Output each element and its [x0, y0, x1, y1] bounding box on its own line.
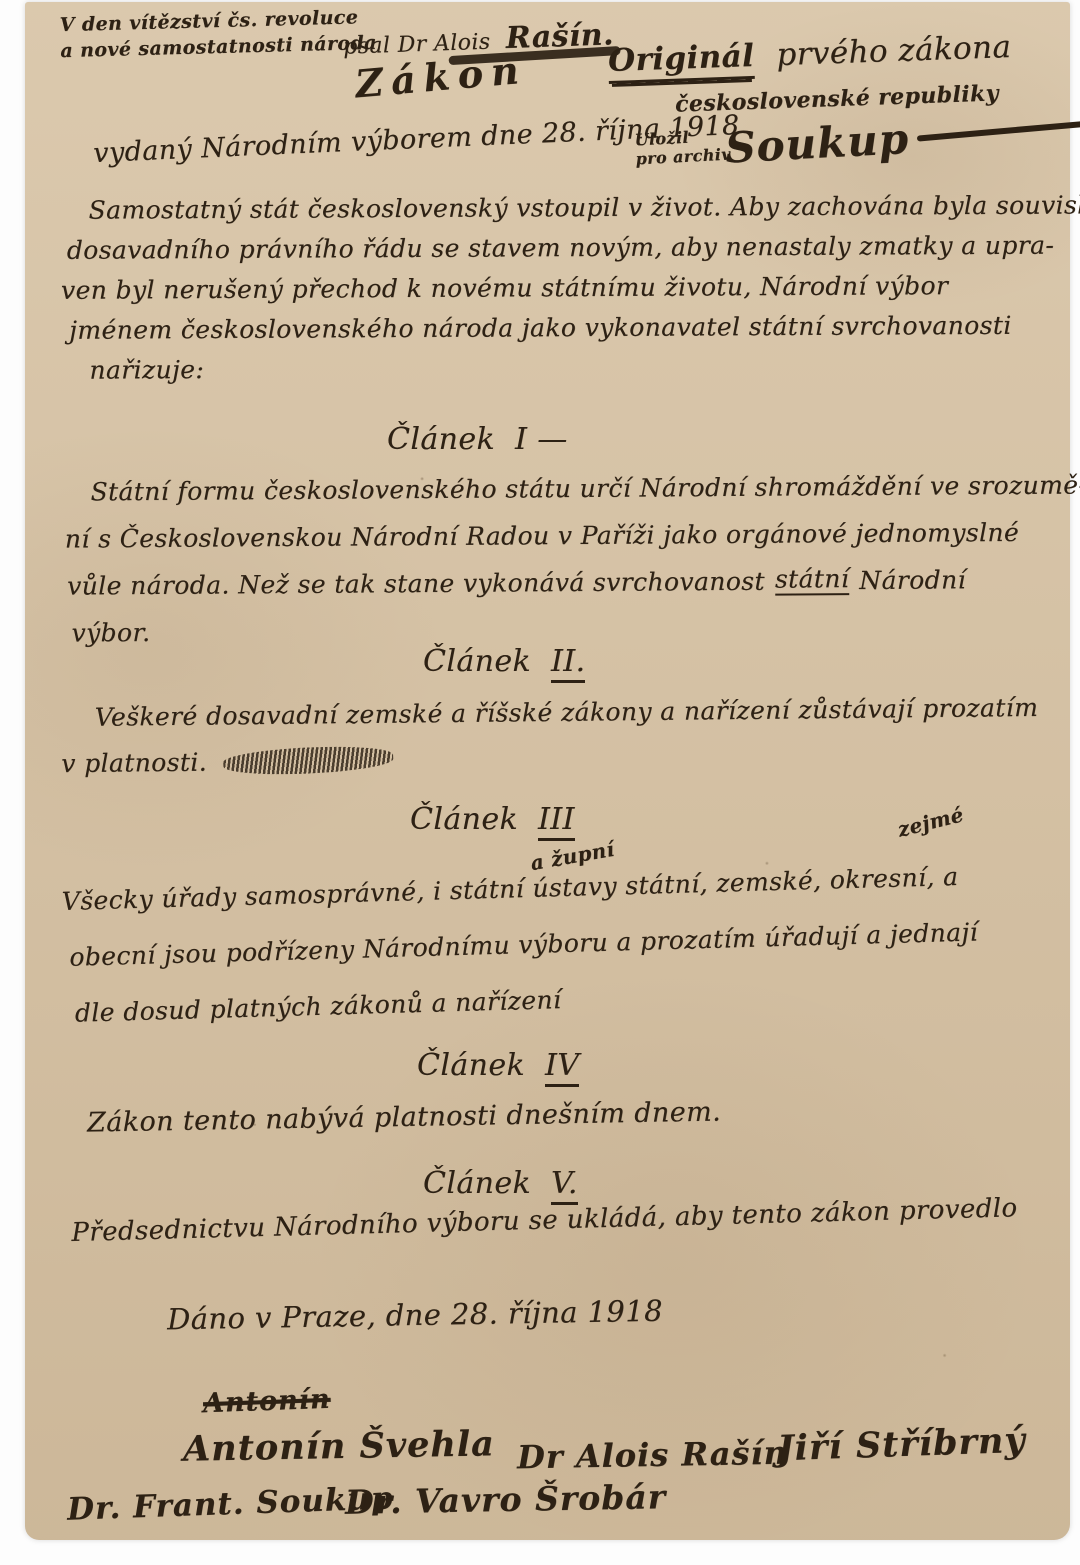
- preamble-line: dosavadního právního řádu se stavem nový…: [67, 225, 1080, 271]
- preamble-line: ven byl nerušený přechod k novému státní…: [61, 265, 1080, 311]
- signature-svehla: Antonín Švehla: [183, 1423, 495, 1469]
- article-2-heading: Článek II.: [423, 644, 585, 679]
- original-note: Originál prvého zákona: [607, 29, 1011, 79]
- article-line-part: Národní: [859, 565, 966, 595]
- article-heading-word: Článek: [423, 644, 531, 679]
- original-rest: prvého zákona: [776, 29, 1012, 73]
- signature-crossed-out: Antonín: [202, 1384, 331, 1419]
- signature-rasin: Dr Alois Rašín: [517, 1434, 789, 1477]
- article-line: v platnosti.: [61, 731, 1039, 787]
- article-4-heading: Článek IV: [417, 1048, 579, 1083]
- article-5-heading: Článek V.: [423, 1166, 578, 1201]
- article-line: vůle národa. Než se tak stane vykonává s…: [67, 555, 1080, 609]
- preamble: Samostatný stát československý vstoupil …: [60, 185, 1080, 391]
- article-1-text: Státní formu československého státu určí…: [60, 461, 1080, 656]
- original-word: Originál: [607, 38, 755, 84]
- article-4-text: Zákon tento nabývá platnosti dnešním dne…: [87, 1096, 722, 1138]
- inserted-word-statni: státní: [775, 564, 850, 596]
- article-line: ní s Československou Národní Radou v Pař…: [65, 508, 1080, 562]
- dateline: Dáno v Praze, dne 28. října 1918: [167, 1294, 663, 1337]
- article-1-heading: Článek I —: [387, 422, 568, 457]
- preamble-line: Samostatný stát československý vstoupil …: [88, 185, 1080, 230]
- article-heading-word: Článek: [387, 422, 495, 457]
- insertion-zejme: zejmé: [895, 802, 966, 842]
- document-page: V den vítězství čs. revoluce a nové samo…: [25, 2, 1070, 1540]
- article-2-numeral: II.: [551, 644, 585, 683]
- archive-note: Uložil pro archiv: [634, 126, 731, 169]
- preamble-line: jménem československého národa jako vyko…: [69, 305, 1080, 351]
- article-3-text: Všecky úřady samosprávné, i státní ústav…: [61, 848, 980, 1041]
- article-4-numeral: IV: [545, 1048, 579, 1087]
- scribbled-out-text: [223, 744, 394, 778]
- signature-flourish: [917, 120, 1080, 141]
- archive-signature-name: Soukup: [724, 114, 910, 173]
- article-line: Státní formu československého státu určí…: [90, 461, 1080, 515]
- preamble-line: nařizuje:: [89, 345, 1080, 390]
- article-line-part: v platnosti.: [61, 748, 207, 779]
- article-1-numeral: I —: [515, 422, 568, 457]
- article-3-numeral: III: [538, 802, 575, 841]
- signature-stribrny: Jiří Stříbrný: [776, 1420, 1026, 1470]
- article-heading-word: Článek: [423, 1166, 531, 1201]
- article-3-heading: Článek III: [410, 802, 575, 837]
- signature-srobar: Dr. Vavro Šrobár: [345, 1477, 667, 1522]
- archive-note-line-2: pro archiv: [635, 145, 731, 169]
- article-heading-word: Článek: [417, 1048, 525, 1083]
- article-line-part: vůle národa. Než se tak stane vykonává s…: [67, 567, 765, 601]
- archive-signature: Soukup: [724, 104, 1080, 172]
- article-5-numeral: V.: [551, 1166, 578, 1205]
- article-2-text: Veškeré dosavadní zemské a říšské zákony…: [61, 685, 1039, 787]
- marginalia-note: V den vítězství čs. revoluce a nové samo…: [59, 4, 377, 64]
- article-heading-word: Článek: [410, 802, 518, 837]
- article-5-text: Předsednictvu Národního výboru se ukládá…: [71, 1193, 1018, 1248]
